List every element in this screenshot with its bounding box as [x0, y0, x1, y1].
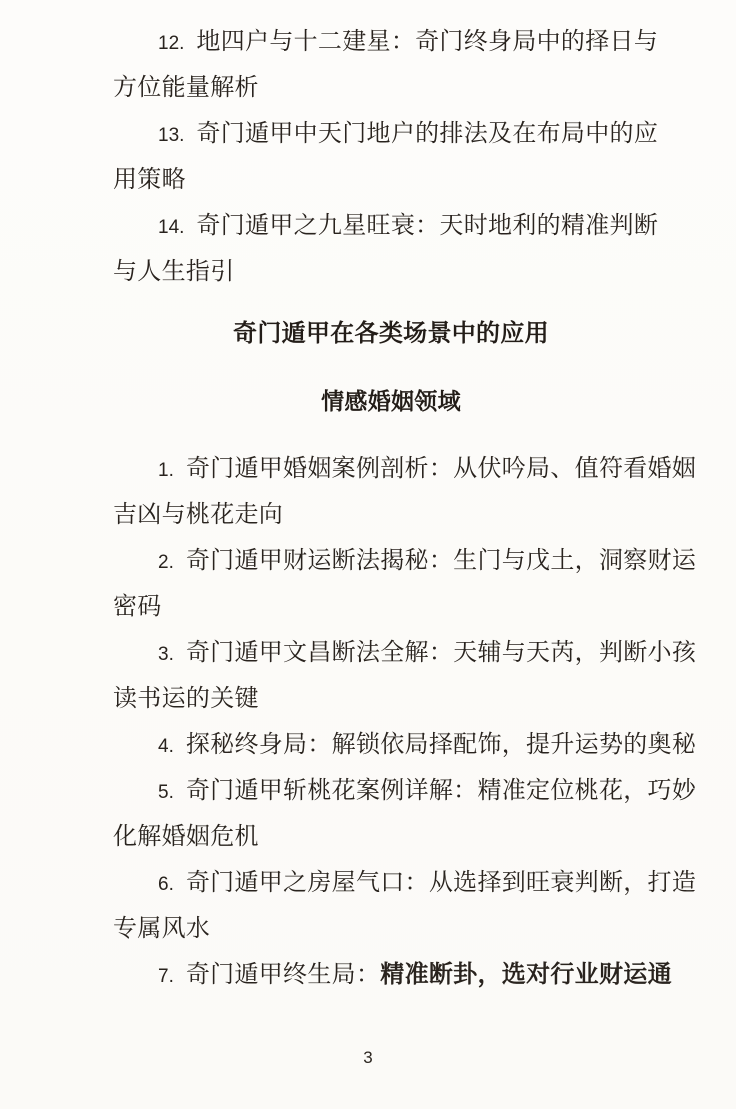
toc-item-12: 12.地四户与十二建星：奇门终身局中的择日与 方位能量解析 — [113, 19, 669, 111]
item-number: 4. — [158, 736, 174, 757]
item-line: 2.奇门遁甲财运断法揭秘：生门与戊土，洞察财运 — [113, 538, 669, 584]
item-text-line1-bold: 精准断卦，选对行业财运通 — [380, 961, 672, 988]
item-text-line2: 用策略 — [113, 157, 669, 203]
item-text-line1: 奇门遁甲中天门地户的排法及在布局中的应 — [196, 120, 658, 147]
item-text-line1: 奇门遁甲斩桃花案例详解：精准定位桃花，巧妙 — [186, 777, 696, 804]
toc-item-13: 13.奇门遁甲中天门地户的排法及在布局中的应 用策略 — [113, 111, 669, 203]
item-text-line1: 奇门遁甲财运断法揭秘：生门与戊土，洞察财运 — [186, 547, 696, 574]
item-number: 14. — [158, 217, 184, 238]
item-text-line2: 与人生指引 — [113, 249, 669, 295]
item-number: 5. — [158, 782, 174, 803]
item-text-line1: 探秘终身局：解锁依局择配饰，提升运势的奥秘 — [186, 731, 696, 758]
list-item-3: 3.奇门遁甲文昌断法全解：天辅与天芮，判断小孩 读书运的关键 — [113, 630, 669, 722]
item-text-line1: 奇门遁甲之九星旺衰：天时地利的精准判断 — [196, 212, 658, 239]
item-number: 1. — [158, 460, 174, 481]
item-text-line1: 地四户与十二建星：奇门终身局中的择日与 — [196, 28, 658, 55]
item-text-line1: 奇门遁甲终生局： — [186, 961, 380, 988]
item-number: 7. — [158, 966, 174, 987]
item-line: 1.奇门遁甲婚姻案例剖析：从伏吟局、值符看婚姻 — [113, 446, 669, 492]
toc-list: 12.地四户与十二建星：奇门终身局中的择日与 方位能量解析 13.奇门遁甲中天门… — [113, 19, 669, 295]
item-text-line1: 奇门遁甲之房屋气口：从选择到旺衰判断，打造 — [186, 869, 696, 896]
toc-item-14: 14.奇门遁甲之九星旺衰：天时地利的精准判断 与人生指引 — [113, 203, 669, 295]
item-line: 7.奇门遁甲终生局：精准断卦，选对行业财运通 — [113, 952, 669, 998]
item-text-line2: 化解婚姻危机 — [113, 814, 669, 860]
item-line: 12.地四户与十二建星：奇门终身局中的择日与 — [113, 19, 669, 65]
section-subtitle: 情感婚姻领域 — [113, 378, 669, 424]
document-page: 12.地四户与十二建星：奇门终身局中的择日与 方位能量解析 13.奇门遁甲中天门… — [0, 0, 736, 1109]
item-line: 4.探秘终身局：解锁依局择配饰，提升运势的奥秘 — [113, 722, 669, 768]
item-text-line1: 奇门遁甲文昌断法全解：天辅与天芮，判断小孩 — [186, 639, 696, 666]
list-item-1: 1.奇门遁甲婚姻案例剖析：从伏吟局、值符看婚姻 吉凶与桃花走向 — [113, 446, 669, 538]
list-item-7: 7.奇门遁甲终生局：精准断卦，选对行业财运通 — [113, 952, 669, 998]
item-number: 6. — [158, 874, 174, 895]
list-item-4: 4.探秘终身局：解锁依局择配饰，提升运势的奥秘 — [113, 722, 669, 768]
item-text-line2: 吉凶与桃花走向 — [113, 492, 669, 538]
list-item-2: 2.奇门遁甲财运断法揭秘：生门与戊土，洞察财运 密码 — [113, 538, 669, 630]
item-line: 5.奇门遁甲斩桃花案例详解：精准定位桃花，巧妙 — [113, 768, 669, 814]
list-item-6: 6.奇门遁甲之房屋气口：从选择到旺衰判断，打造 专属风水 — [113, 860, 669, 952]
item-text-line2: 读书运的关键 — [113, 676, 669, 722]
item-text-line2: 专属风水 — [113, 906, 669, 952]
item-number: 12. — [158, 33, 184, 54]
list-item-5: 5.奇门遁甲斩桃花案例详解：精准定位桃花，巧妙 化解婚姻危机 — [113, 768, 669, 860]
item-number: 13. — [158, 125, 184, 146]
item-number: 3. — [158, 644, 174, 665]
item-line: 3.奇门遁甲文昌断法全解：天辅与天芮，判断小孩 — [113, 630, 669, 676]
item-text-line2: 方位能量解析 — [113, 65, 669, 111]
application-list: 1.奇门遁甲婚姻案例剖析：从伏吟局、值符看婚姻 吉凶与桃花走向 2.奇门遁甲财运… — [113, 446, 669, 998]
item-line: 13.奇门遁甲中天门地户的排法及在布局中的应 — [113, 111, 669, 157]
item-line: 6.奇门遁甲之房屋气口：从选择到旺衰判断，打造 — [113, 860, 669, 906]
item-number: 2. — [158, 552, 174, 573]
page-content: 12.地四户与十二建星：奇门终身局中的择日与 方位能量解析 13.奇门遁甲中天门… — [113, 0, 669, 998]
item-line: 14.奇门遁甲之九星旺衰：天时地利的精准判断 — [113, 203, 669, 249]
item-text-line1: 奇门遁甲婚姻案例剖析：从伏吟局、值符看婚姻 — [186, 455, 696, 482]
page-number: 3 — [0, 1048, 736, 1068]
item-text-line2: 密码 — [113, 584, 669, 630]
section-title: 奇门遁甲在各类场景中的应用 — [113, 311, 669, 357]
